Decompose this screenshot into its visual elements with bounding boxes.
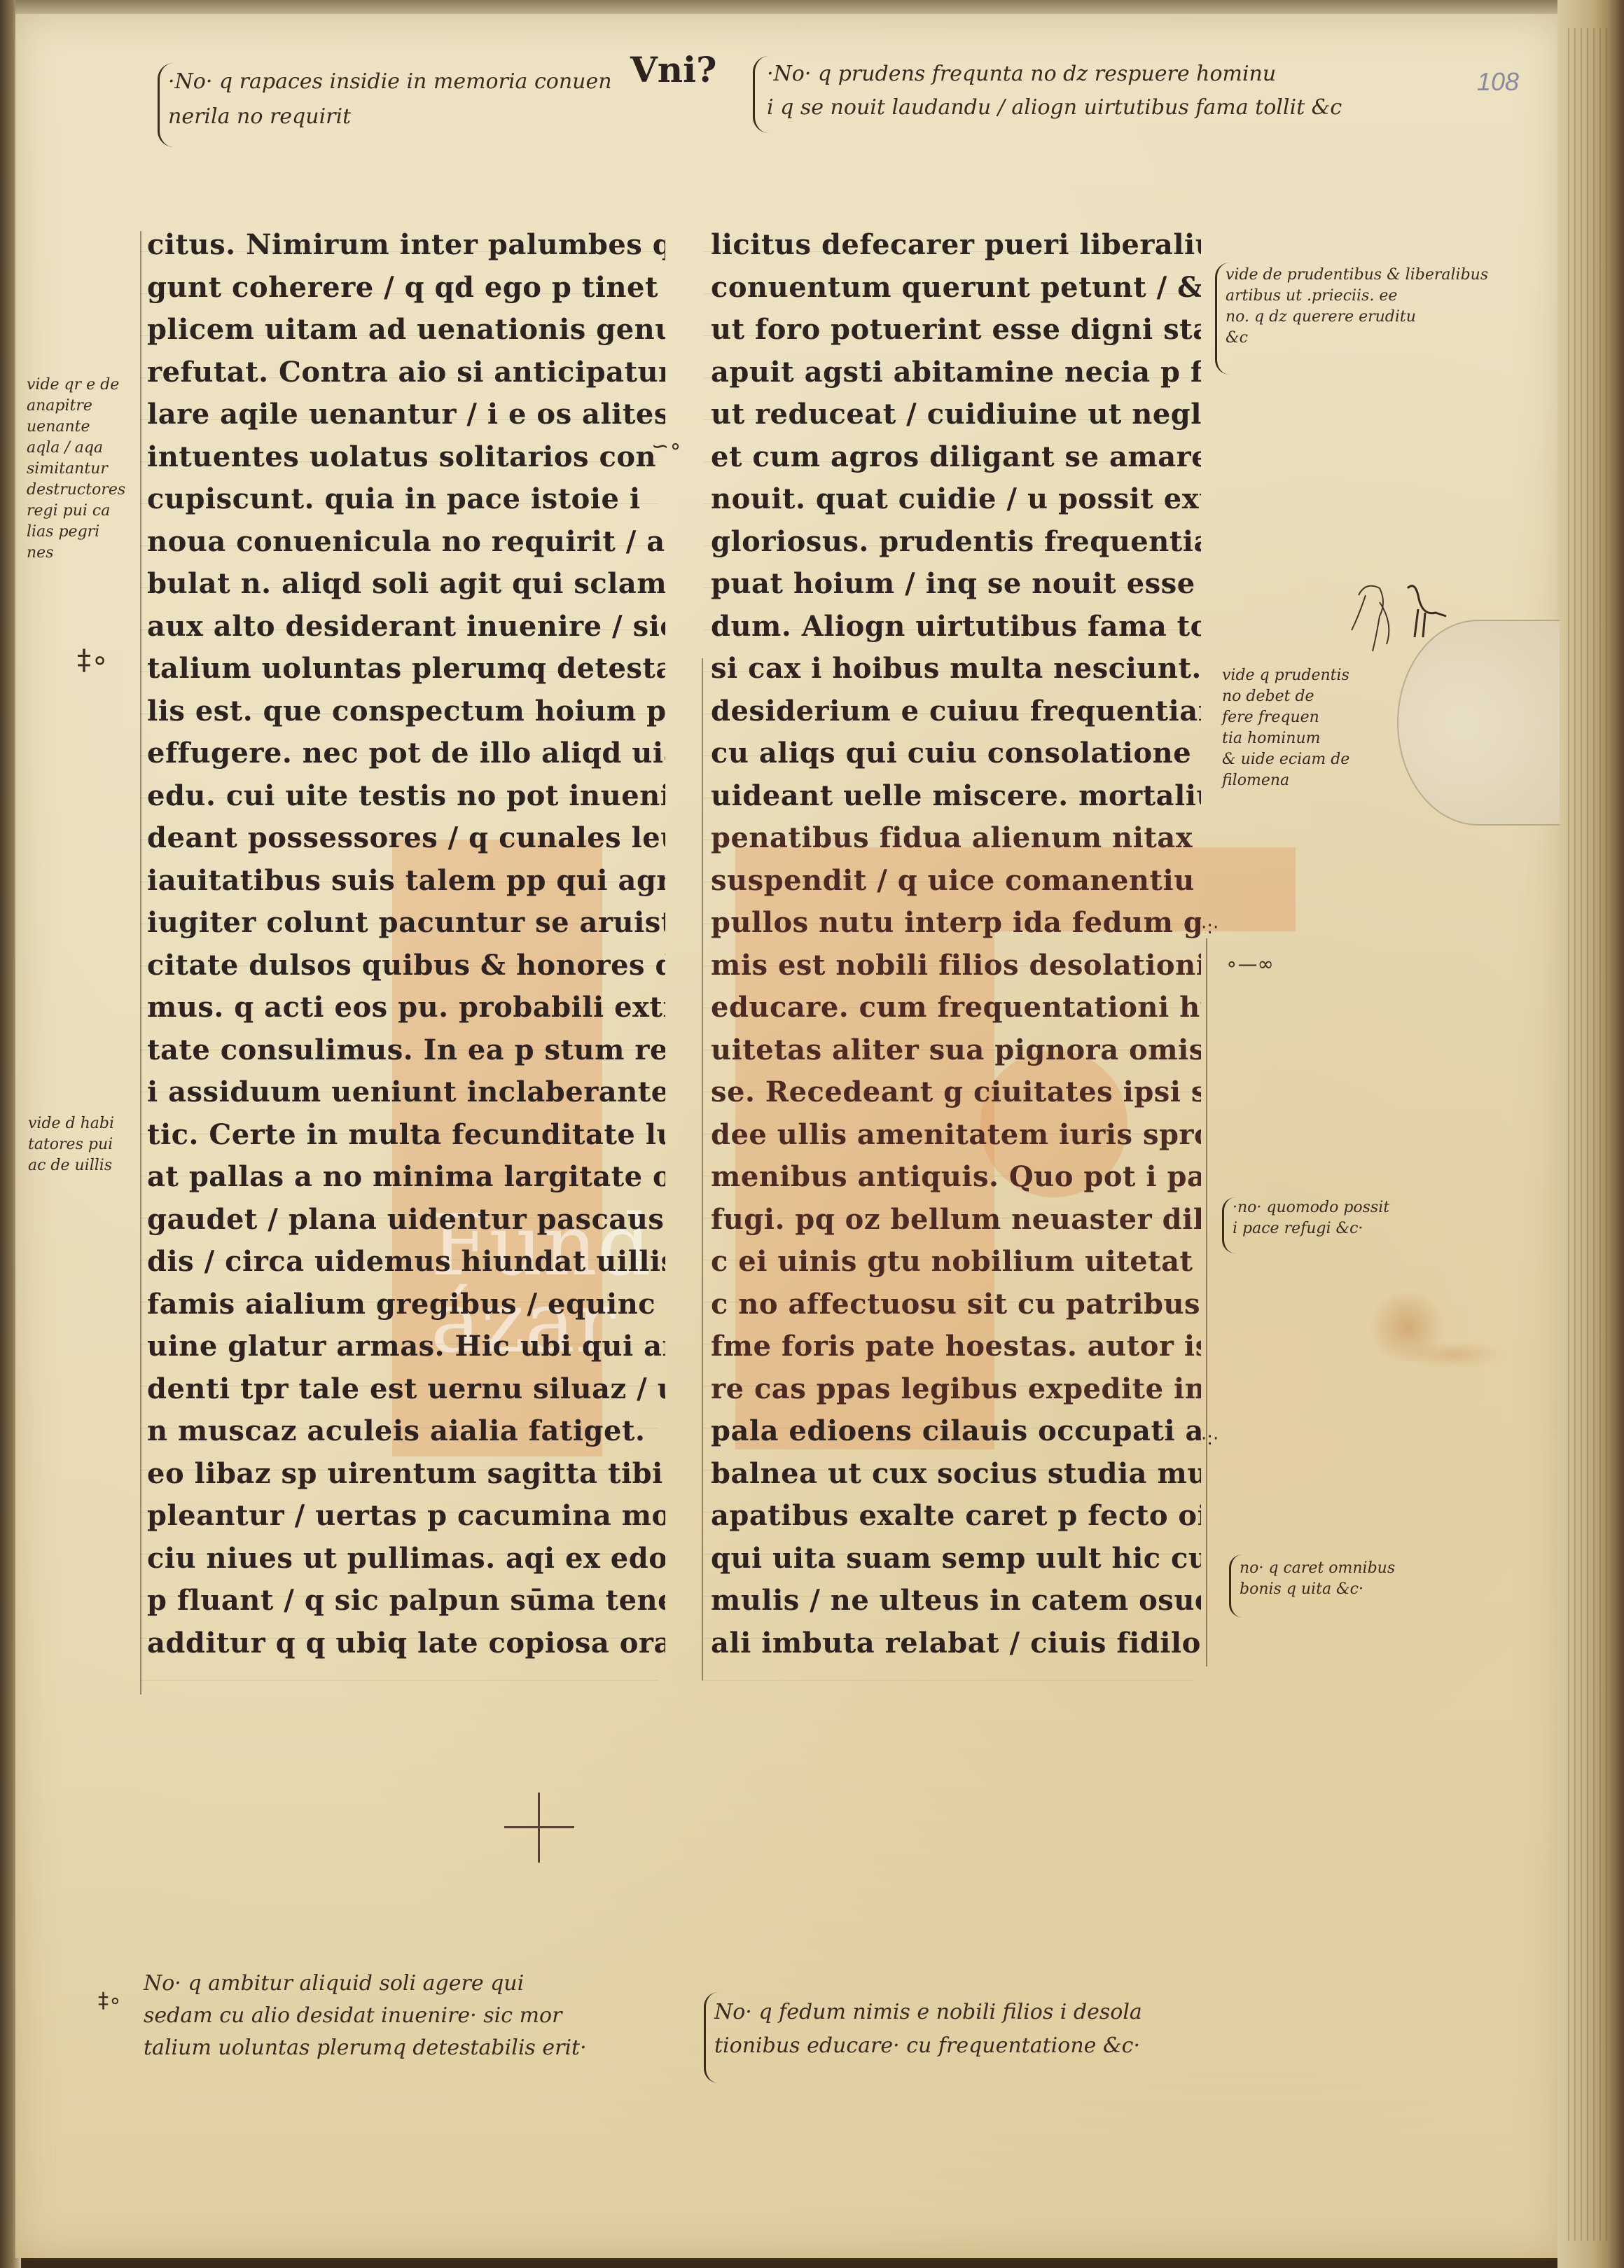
text-column-left: citus. Nimirum inter palumbes qui se dil…: [147, 224, 665, 1664]
text-line: mis est nobili filios desolationibus: [711, 945, 1201, 987]
text-line: balnea ut cux socius studia mutius: [711, 1453, 1201, 1496]
annotation-line: destructores: [27, 480, 125, 501]
text-line: fugi. pq oz bellum neuaster dilluim.: [711, 1199, 1201, 1241]
text-line: ut reduceat / cuidiuine ut negligat: [711, 394, 1201, 436]
text-line: desiderium e cuiuu frequentiam desire.: [711, 690, 1201, 733]
pen-flourish-mark: ∽∘: [651, 434, 682, 459]
text-line: mus. q acti eos pu. probabili extima: [147, 987, 665, 1029]
text-line: n muscaz aculeis aialia fatiget.: [147, 1410, 665, 1453]
text-line: dum. Aliogn uirtutibus fama tollit: [711, 606, 1201, 648]
text-line: ali imbuta relabat / ciuis fidiloibus: [711, 1622, 1201, 1665]
annotation-line: no debet de: [1222, 686, 1349, 707]
pen-flourish-mark: ·:·: [1201, 917, 1219, 938]
annotation-line: tionibus educare· cu frequentatione &c·: [714, 2029, 1142, 2063]
text-line: mulis / ne ulteus in catem osuete me: [711, 1580, 1201, 1622]
text-line: fme foris pate hoestas. autor isince: [711, 1326, 1201, 1368]
annotation-line: no· q caret omnibus: [1240, 1558, 1395, 1579]
text-line: apatibus exalte caret p fecto oibus hus: [711, 1495, 1201, 1538]
text-line: nouit. quat cuidie / u possit exulte: [711, 478, 1201, 521]
annotation-line: aqla / aqa: [27, 438, 125, 459]
annotation-line: & uide eciam de: [1222, 749, 1349, 770]
text-line: citate dulsos quibus & honores dedi: [147, 945, 665, 987]
text-line: edu. cui uite testis no pot inueniri. Re: [147, 775, 665, 818]
folio-number: 108: [1477, 67, 1519, 97]
annotation-line: ·no· quomodo possit: [1233, 1197, 1389, 1218]
text-line: gloriosus. prudentis frequentiam no res: [711, 521, 1201, 564]
annotation-line: &c: [1226, 328, 1488, 349]
text-line: conuentum querunt petunt / & mor: [711, 267, 1201, 309]
margin-note-prudentibus: vide de prudentibus & liberalibus artibu…: [1226, 265, 1488, 349]
annotation-line: No· q fedum nimis e nobili filios i deso…: [714, 1996, 1142, 2029]
text-line: deant possessores / q cunales leuici: [147, 817, 665, 860]
margin-note-caret: no· q caret omnibus bonis q uita &c·: [1240, 1558, 1395, 1600]
annotation-line: fere frequen: [1222, 707, 1349, 728]
cross-mark-icon: [504, 1793, 574, 1863]
text-line: at pallas a no minima largitate o: [147, 1156, 665, 1199]
margin-note-habitatores: vide d habi tatores pui ac de uillis: [28, 1113, 114, 1176]
text-line: citus. Nimirum inter palumbes qui se dil…: [147, 224, 665, 267]
annotation-line: tia hominum: [1222, 728, 1349, 749]
text-line: tate consulimus. In ea p stum regiat: [147, 1029, 665, 1072]
parchment-stain-trail: [1401, 1341, 1506, 1369]
annotation-line: regi pui ca: [27, 501, 125, 522]
annotation-line: tatores pui: [28, 1134, 114, 1155]
text-line: denti tpr tale est uernu siluaz / ut: [147, 1368, 665, 1411]
annotation-line: i pace refugi &c·: [1233, 1218, 1389, 1239]
text-line: ut foro potuerint esse digni statui i: [711, 309, 1201, 352]
annotation-line: anapitre: [27, 396, 125, 417]
annotation-line: no. q dz querere eruditu: [1226, 307, 1488, 328]
text-line: c no affectuosu sit cu patribus misce: [711, 1283, 1201, 1326]
annotation-line: vide d habi: [28, 1113, 114, 1134]
text-line: uideant uelle miscere. mortalium n.: [711, 775, 1201, 818]
text-line: si cax i hoibus multa nesciunt. Na qle: [711, 648, 1201, 690]
text-line: ciu niues ut pullimas. aqi ex edo: [147, 1538, 665, 1580]
text-line: additur q q ubiq late copiosa ora: [147, 1622, 665, 1665]
pen-flourish-mark: ·:·: [1201, 1428, 1219, 1449]
text-line: qui uita suam semp uult hic cu fa: [711, 1538, 1201, 1580]
margin-note-aquila: vide qr e de anapitre uenante aqla / aqa…: [27, 375, 125, 564]
parchment-repair-patch: [1397, 620, 1560, 826]
text-line: pleantur / uertas p cacumina mo: [147, 1495, 665, 1538]
page-stack-lines: [1568, 28, 1610, 2241]
annotation-line: No· q ambitur aliquid soli agere qui: [144, 1968, 587, 2000]
annotation-line: filomena: [1222, 770, 1349, 791]
text-line: suspendit / q uice comanentiu exac: [711, 860, 1201, 903]
text-line: dee ullis amenitatem iuris sproit: [711, 1114, 1201, 1157]
text-line: re cas ppas legibus expedite in tedu: [711, 1368, 1201, 1411]
annotation-line: lias pegri: [27, 522, 125, 543]
text-line: plicem uitam ad uenationis genus n: [147, 309, 665, 352]
annotation-line: ac de uillis: [28, 1155, 114, 1176]
annotation-line: artibus ut .prieciis. ee: [1226, 286, 1488, 307]
top-annotation-left: ·No· q rapaces insidie in memoria conuen…: [168, 64, 612, 134]
text-line: menibus antiquis. Quo pot i pace re: [711, 1156, 1201, 1199]
text-line: et cum agros diligant se amare n: [711, 436, 1201, 479]
annotation-line: nerila no requirit: [168, 99, 612, 134]
column-rule-left: [140, 231, 141, 1695]
text-line: intuentes uolatus solitarios con: [147, 436, 665, 479]
text-line: effugere. nec pot de illo aliqd uiacat: [147, 732, 665, 775]
text-line: pala edioens cilauis occupati ad: [711, 1410, 1201, 1453]
pen-flourish-mark: ‡∘: [98, 1989, 122, 2013]
text-line: iauitatibus suis talem pp qui agros: [147, 860, 665, 903]
annotation-line: talium uoluntas plerumq detestabilis eri…: [144, 2032, 587, 2064]
text-line: pullos nutu interp ida fedum g ni: [711, 902, 1201, 945]
text-line: lis est. que conspectum hoium pbat: [147, 690, 665, 733]
text-line: noua conuenicula no requirit / am: [147, 521, 665, 564]
text-column-right: licitus defecarer pueri liberalium scola…: [711, 224, 1201, 1664]
running-head: Vni?: [630, 49, 716, 90]
text-line: lare aqile uenantur / i e os alites acci…: [147, 394, 665, 436]
margin-note-filomena: vide q prudentis no debet de fere freque…: [1222, 665, 1349, 791]
annotation-line: vide de prudentibus & liberalibus: [1226, 265, 1488, 286]
text-line: eo libaz sp uirentum sagitta tibi ex: [147, 1453, 665, 1496]
text-line: puat hoium / inq se nouit esse laudai: [711, 563, 1201, 606]
annotation-line: bonis q uita &c·: [1240, 1579, 1395, 1600]
text-line: cu aliqs qui cuiu consolatione huane se: [711, 732, 1201, 775]
annotation-line: i q se nouit laudandu / aliogn uirtutibu…: [767, 91, 1342, 125]
annotation-line: ·No· q rapaces insidie in memoria conuen: [168, 64, 612, 99]
annotation-line: vide q prudentis: [1222, 665, 1349, 686]
text-line: iugiter colunt pacuntur se aruisti: [147, 902, 665, 945]
pen-flourish-mark: ∘—∞: [1226, 952, 1274, 975]
text-line: licitus defecarer pueri liberalium scola…: [711, 224, 1201, 267]
text-line: dis / circa uidemus hiundat uillis: [147, 1241, 665, 1283]
text-line: talium uoluntas plerumq detestabi: [147, 648, 665, 690]
bottom-annotation-right: No· q fedum nimis e nobili filios i deso…: [714, 1996, 1142, 2063]
text-line: famis aialium gregibus / equinc ora: [147, 1283, 665, 1326]
annotation-line: ·No· q prudens frequnta no dz respuere h…: [767, 57, 1342, 91]
text-line: cupiscunt. quia in pace istoie i: [147, 478, 665, 521]
text-line: uine glatur armas. Hic ubi qui ar: [147, 1326, 665, 1368]
annotation-line: sedam cu alio desidat inuenire· sic mor: [144, 2000, 587, 2032]
text-line: c ei uinis gtu nobilium uitetat cerelio: [711, 1241, 1201, 1283]
text-line: i assiduum ueniunt inclaberante oli: [147, 1071, 665, 1114]
text-line: gunt coherere / q qd ego p tinet ad si: [147, 267, 665, 309]
top-annotation-right: ·No· q prudens frequnta no dz respuere h…: [767, 57, 1342, 125]
column-rule-right-1: [702, 658, 703, 1681]
annotation-line: simitantur: [27, 459, 125, 480]
annotation-line: nes: [27, 543, 125, 564]
text-line: educare. cum frequentationi huane: [711, 987, 1201, 1029]
text-line: apuit agsti abitamine necia p flauit: [711, 352, 1201, 394]
text-line: tic. Certe in multa fecunditate lux: [147, 1114, 665, 1157]
annotation-line: uenante: [27, 417, 125, 438]
text-line: gaudet / plana uidentur pascaus fro: [147, 1199, 665, 1241]
text-line: bulat n. aliqd soli agit qui sclam: [147, 563, 665, 606]
text-line: refutat. Contra aio si anticipatur uo: [147, 352, 665, 394]
annotation-line: vide qr e de: [27, 375, 125, 396]
text-line: aux alto desiderant inuenire / sic mor: [147, 606, 665, 648]
column-rule-margin: [1206, 938, 1207, 1667]
text-line: penatibus fidua alienum nitax filomena: [711, 817, 1201, 860]
text-line: p fluant / q sic palpun sūma tenet: [147, 1580, 665, 1622]
bottom-annotation-left: No· q ambitur aliquid soli agere qui sed…: [144, 1968, 587, 2064]
pen-flourish-mark: ‡∘: [77, 644, 109, 676]
margin-note-pace: ·no· quomodo possit i pace refugi &c·: [1233, 1197, 1389, 1239]
text-line: uitetas aliter sua pignora omisis: [711, 1029, 1201, 1072]
text-line: se. Recedeant g ciuitates ipsi stanu: [711, 1071, 1201, 1114]
